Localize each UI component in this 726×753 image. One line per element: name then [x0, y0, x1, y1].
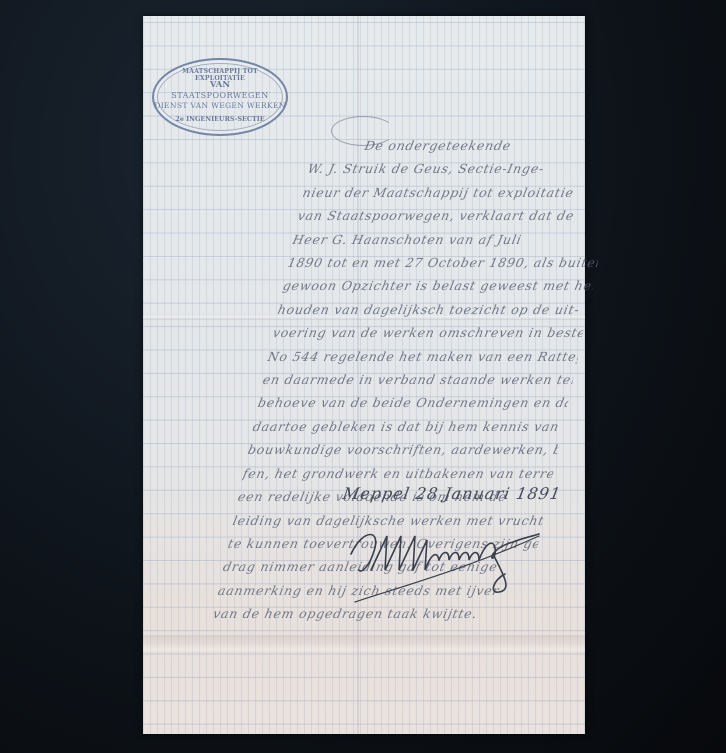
body-line: No 544 regelende het maken van een Ratte… [265, 345, 580, 368]
stamp-line-1: VAN [154, 80, 286, 90]
body-line: daartoe gebleken is dat bij hem kennis v… [251, 415, 566, 438]
body-line: voering van de werken omschreven in best… [270, 321, 585, 344]
body-line: nieur der Maatschappij tot exploitatie [300, 181, 615, 204]
body-line: houden van dagelijksch toezicht op de ui… [275, 298, 590, 321]
letter-paper: MAATSCHAPPIJ TOT EXPLOITATIE VAN STAATSP… [143, 16, 585, 734]
body-line: en daarmede in verband staande werken te… [261, 368, 576, 391]
body-line: Heer G. Haanschoten van af Juli [290, 228, 605, 251]
stamp-arc-bottom: 2e INGENIEURS-SECTIE [164, 115, 276, 123]
stamp-line-3: DIENST VAN WEGEN WERKEN [154, 101, 286, 110]
company-stamp: MAATSCHAPPIJ TOT EXPLOITATIE VAN STAATSP… [152, 58, 288, 136]
body-line: van de hem opgedragen taak kwijtte. [211, 602, 526, 625]
paper-fold-lower [143, 635, 585, 651]
body-line: behoeve van de beide Ondernemingen en da… [256, 391, 571, 414]
place-and-date: Meppel 28 Januari 1891 [341, 484, 562, 503]
stamp-line-2: STAATSPOORWEGEN [154, 91, 286, 100]
body-line: gewoon Opzichter is belast geweest met h… [280, 274, 595, 297]
body-line: 1890 tot en met 27 October 1890, als bui… [285, 251, 600, 274]
body-line: van Staatspoorwegen, verklaart dat de [295, 204, 610, 227]
body-line: W. J. Struik de Geus, Sectie-Inge- [305, 157, 620, 180]
body-line: De ondergeteekende [310, 134, 625, 157]
signature [343, 514, 553, 604]
body-line: bouwkundige voorschriften, aardewerken, … [246, 438, 561, 461]
body-line: fen, het grondwerk en uitbakenen van ter… [241, 462, 556, 485]
